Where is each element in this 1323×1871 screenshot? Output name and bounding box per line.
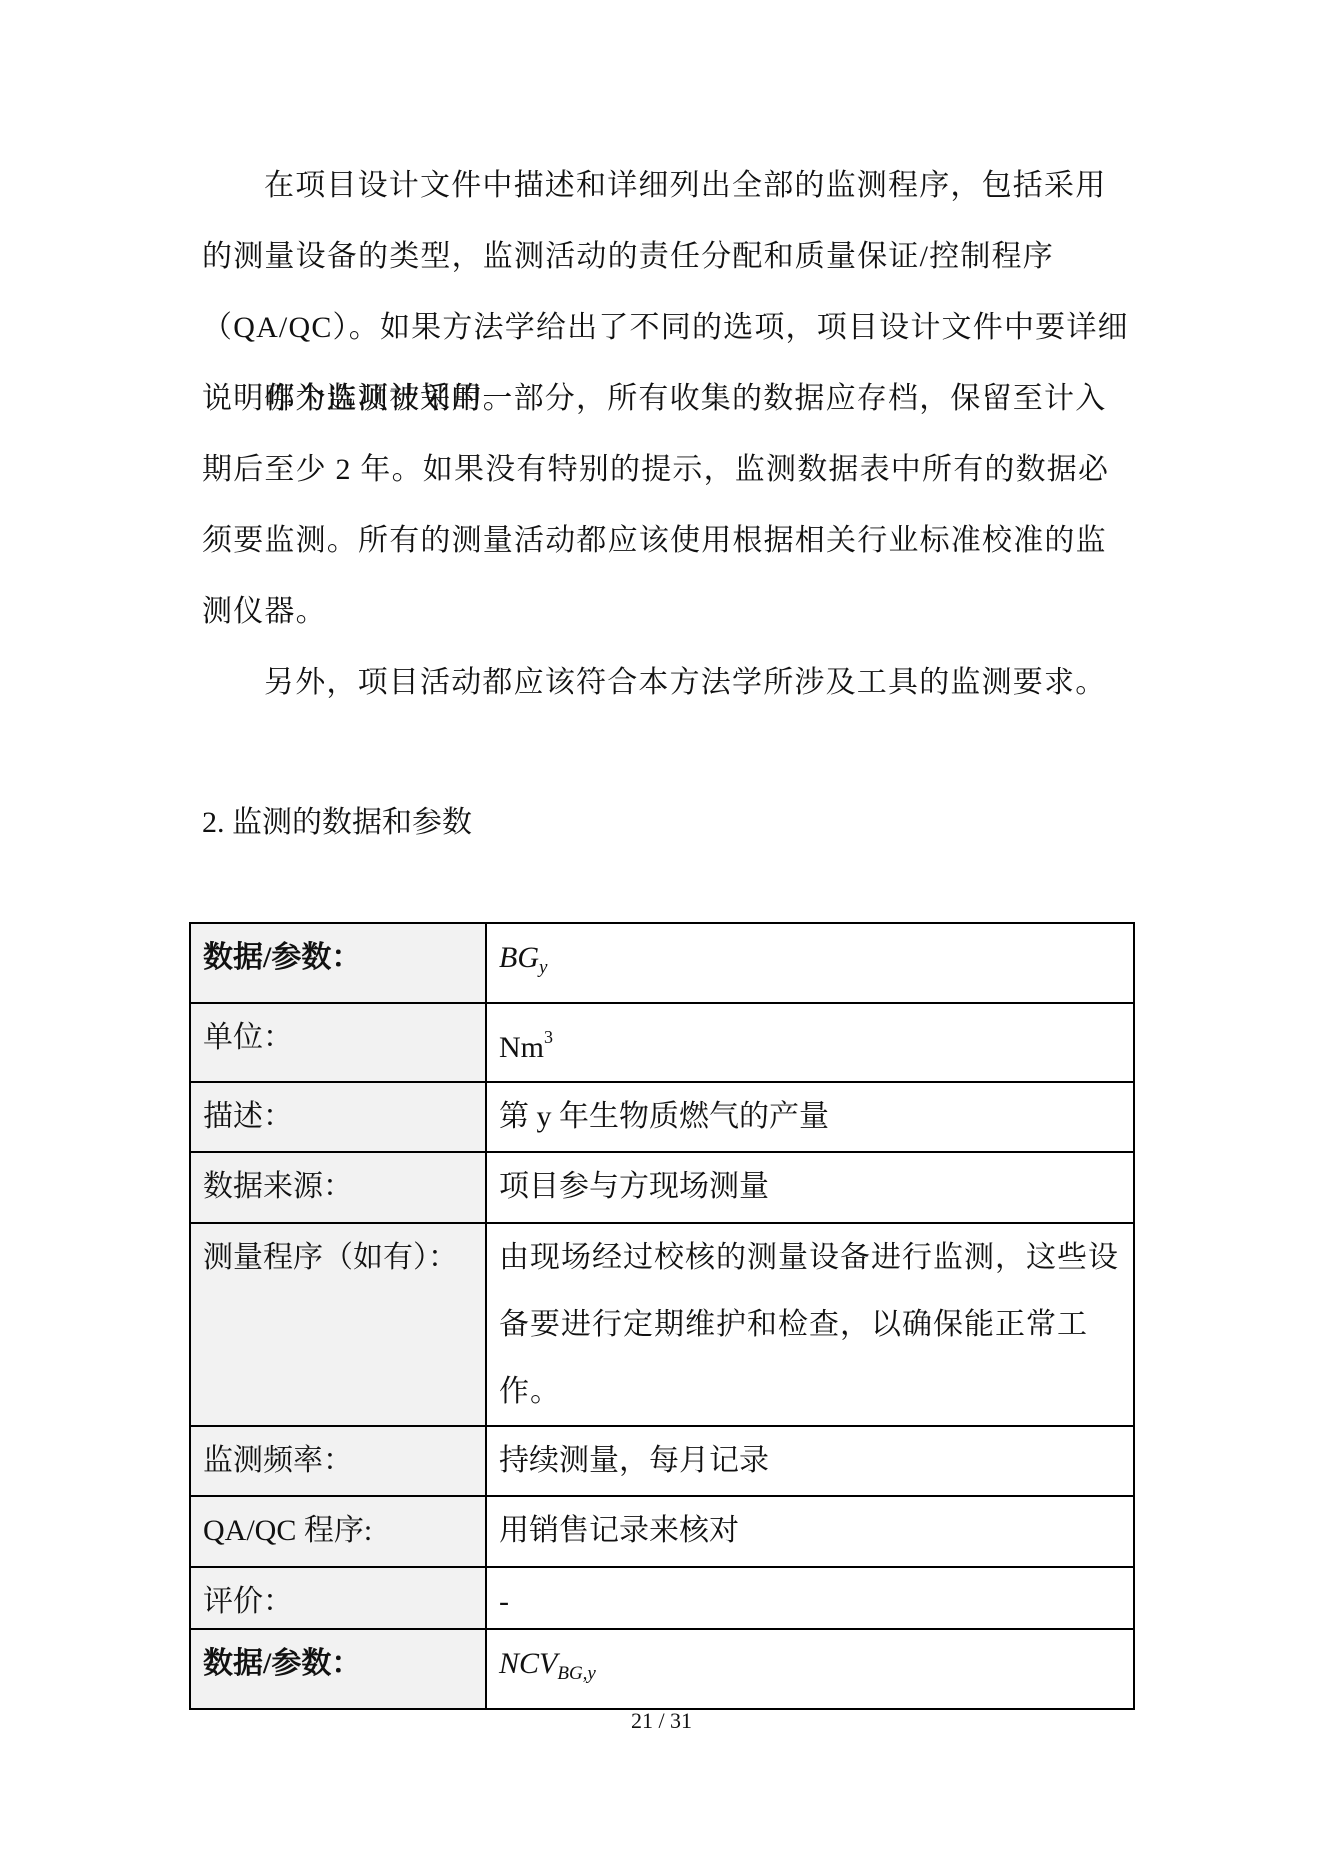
paragraph-data-archiving: 作为监测计划的一部分，所有收集的数据应存档，保留至计入期后至少 2 年。如果没有… bbox=[202, 363, 1130, 647]
row-label: QA/QC 程序: bbox=[203, 1497, 473, 1564]
row-value: 项目参与方现场测量 bbox=[499, 1153, 1121, 1220]
table-row-parameter: 数据/参数： BGy bbox=[190, 923, 1134, 1003]
table-row-comment: 评价： - bbox=[190, 1567, 1134, 1637]
value-cell: BGy bbox=[486, 923, 1134, 1003]
parameter-table-ncv: 数据/参数： NCVBG,y bbox=[189, 1628, 1135, 1710]
row-label: 描述： bbox=[203, 1083, 473, 1150]
param-label: 数据/参数： bbox=[203, 924, 473, 992]
page-number: 21 / 31 bbox=[0, 1708, 1323, 1734]
row-value: 持续测量，每月记录 bbox=[499, 1427, 1121, 1494]
paragraph-tool-requirements: 另外，项目活动都应该符合本方法学所涉及工具的监测要求。 bbox=[202, 647, 1130, 718]
table-row-monitoring-frequency: 监测频率： 持续测量，每月记录 bbox=[190, 1426, 1134, 1496]
row-label: 单位： bbox=[203, 1004, 473, 1071]
row-value: - bbox=[499, 1568, 1121, 1635]
param-label: 数据/参数： bbox=[203, 1630, 473, 1698]
param-symbol: NCVBG,y bbox=[499, 1630, 1121, 1708]
row-label: 测量程序（如有）： bbox=[203, 1224, 473, 1291]
parameter-table-bgy: 数据/参数： BGy 单位： Nm3 描述： 第 y 年生物质燃气的产量 数据来… bbox=[189, 922, 1135, 1638]
table-row-measurement-procedure: 测量程序（如有）： 由现场经过校核的测量设备进行监测，这些设备要进行定期维护和检… bbox=[190, 1223, 1134, 1426]
table-row-qaqc: QA/QC 程序: 用销售记录来核对 bbox=[190, 1496, 1134, 1567]
row-value: Nm3 bbox=[499, 1004, 1121, 1081]
label-cell: 数据/参数： bbox=[190, 923, 486, 1003]
row-value: 第 y 年生物质燃气的产量 bbox=[499, 1083, 1121, 1150]
table-row-description: 描述： 第 y 年生物质燃气的产量 bbox=[190, 1082, 1134, 1152]
table-row-parameter: 数据/参数： NCVBG,y bbox=[190, 1629, 1134, 1709]
row-label: 数据来源： bbox=[203, 1153, 473, 1220]
row-value: 由现场经过校核的测量设备进行监测，这些设备要进行定期维护和检查，以确保能正常工作… bbox=[499, 1224, 1121, 1425]
param-symbol: BGy bbox=[499, 924, 1121, 1002]
table-row-unit: 单位： Nm3 bbox=[190, 1003, 1134, 1082]
row-value: 用销售记录来核对 bbox=[499, 1497, 1121, 1564]
section-heading: 2. 监测的数据和参数 bbox=[202, 803, 472, 843]
table-row-data-source: 数据来源： 项目参与方现场测量 bbox=[190, 1152, 1134, 1223]
row-label: 评价： bbox=[203, 1568, 473, 1635]
row-label: 监测频率： bbox=[203, 1427, 473, 1494]
